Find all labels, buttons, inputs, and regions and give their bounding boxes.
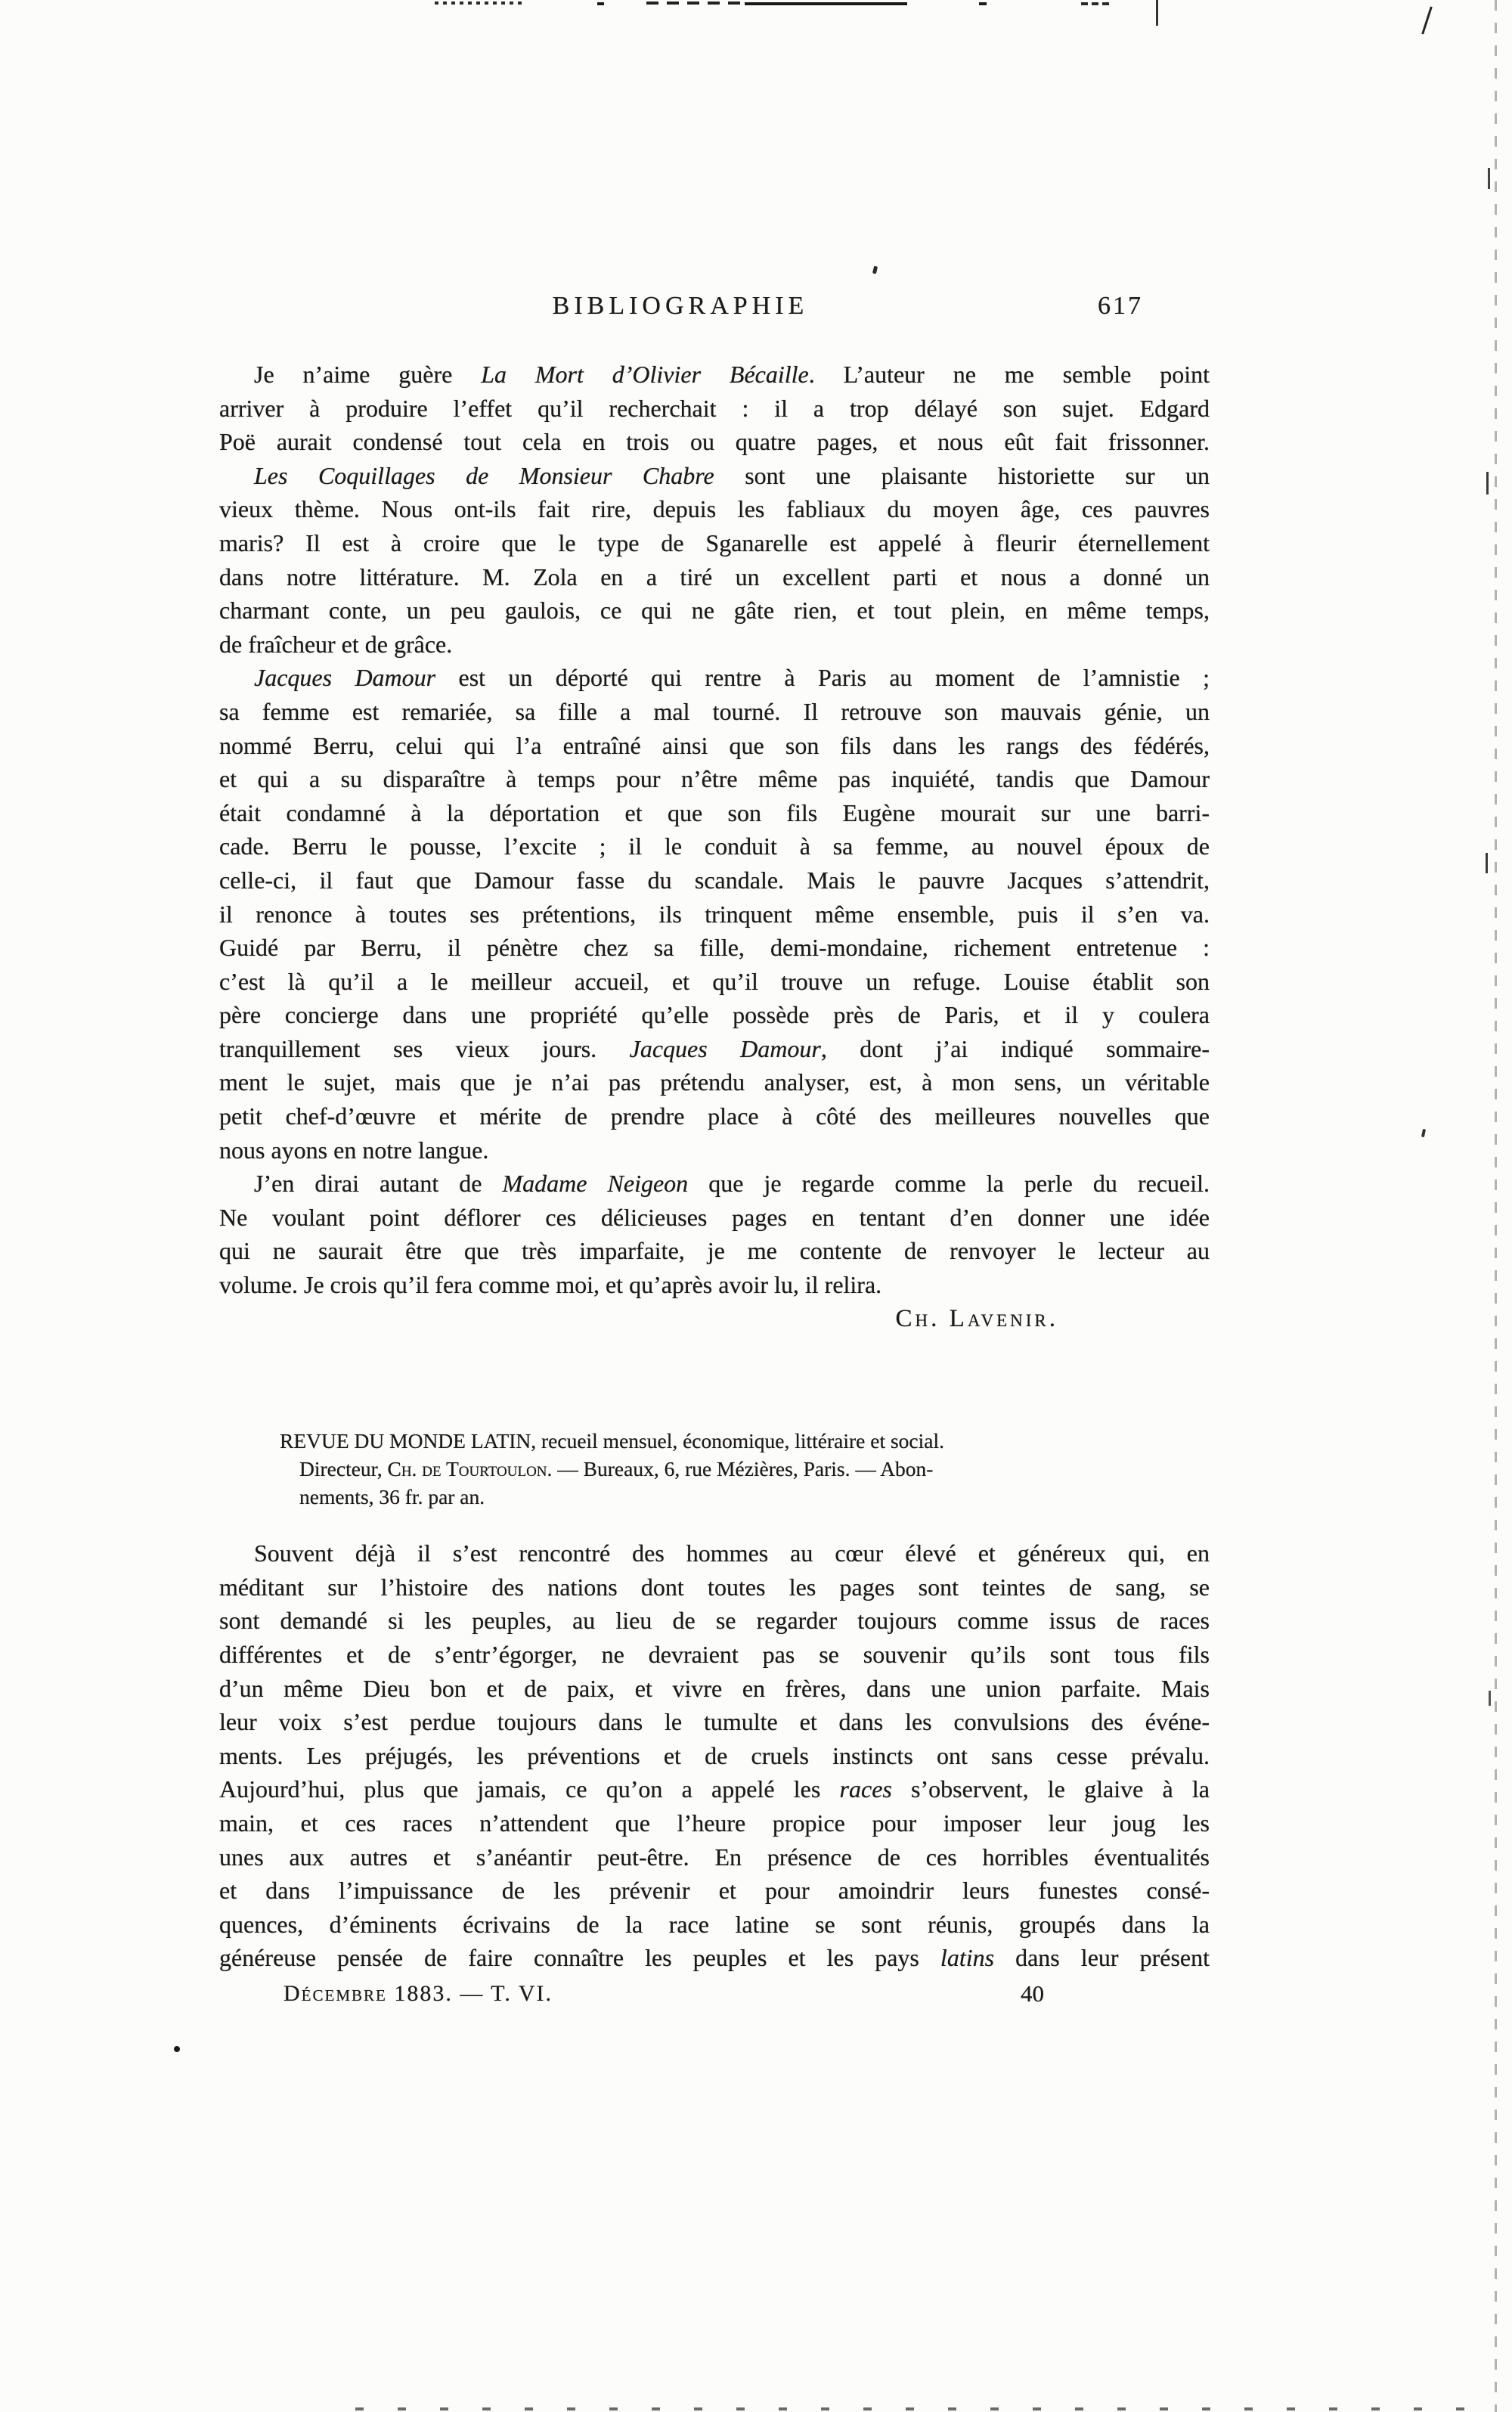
text-segment: nous ayons en notre langue. [219,1136,488,1164]
footer-signature-number: 40 [1021,1978,1044,2010]
text-line: nommé Berru, celui qui l’a entraîné ains… [219,729,1210,763]
text-line: Je n’aime guère La Mort d’Olivier Bécail… [219,358,1210,392]
scan-artifact-right-mark [1486,853,1488,873]
paragraph-coquillages-chabre: Les Coquillages de Monsieur Chabre sont … [219,459,1210,662]
scanned-book-page: BIBLIOGRAPHIE 617 Je n’aime guère La Mor… [0,0,1512,2412]
page-footer: Décembre 1883. — T. VI. 40 [219,1978,1210,2011]
text-line: Aujourd’hui, plus que jamais, ce qu’on a… [219,1772,1210,1806]
italic-title-text: races [840,1775,892,1803]
reviewer-signature: Ch. Lavenir. [219,1302,1210,1336]
text-segment: leur voix s’est perdue toujours dans le … [219,1708,1210,1735]
scan-artifact-top-dash [1081,2,1110,5]
text-segment: petit chef-d’œuvre et mérite de prendre … [219,1102,1210,1130]
text-segment: sa femme est remariée, sa fille a mal to… [219,698,1210,725]
text-line: Poë aurait condensé tout cela en trois o… [219,425,1210,459]
smallcaps-text: Ch. de Tourtoulon [387,1457,547,1480]
text-segment: dans notre littérature. M. Zola en a tir… [219,563,1210,591]
text-column: BIBLIOGRAPHIE 617 Je n’aime guère La Mor… [219,290,1210,2011]
text-segment: Poë aurait condensé tout cela en trois o… [219,428,1210,455]
text-line: méditant sur l’histoire des nations dont… [219,1570,1210,1604]
text-segment: et dans l’impuissance de les prévenir et… [219,1877,1210,1904]
text-line: ments. Les préjugés, les préventions et … [219,1739,1210,1773]
text-line: dans notre littérature. M. Zola en a tir… [219,560,1210,594]
text-line: arriver à produire l’effet qu’il recherc… [219,392,1210,426]
italic-title-text: Madame Neigeon [503,1170,689,1197]
text-line: vieux thème. Nous ont-ils fait rire, dep… [219,492,1210,526]
review-body-text: Je n’aime guère La Mort d’Olivier Bécail… [219,358,1210,1302]
text-segment: méditant sur l’histoire des nations dont… [219,1573,1210,1601]
text-segment: tranquillement ses vieux jours. [219,1035,630,1062]
text-segment: c’est là qu’il a le meilleur accueil, et… [219,968,1210,995]
text-segment: était condamné à la déportation et que s… [219,799,1210,826]
scan-artifact-top-dot [597,2,604,5]
scan-artifact-right-mark [1486,472,1489,494]
text-line: qui ne saurait être que très imparfaite,… [219,1234,1210,1268]
text-segment: de fraîcheur et de grâce. [219,631,452,658]
text-line: sa femme est remariée, sa fille a mal to… [219,695,1210,729]
text-line: d’un même Dieu bon et de paix, et vivre … [219,1672,1210,1706]
article-body-text: Souvent déjà il s’est rencontré des homm… [219,1536,1210,1975]
text-line: charmant conte, un peu gaulois, ce qui n… [219,594,1210,628]
text-segment: que je regarde comme la perle du recueil… [688,1170,1210,1197]
text-segment: celle-ci, il faut que Damour fasse du sc… [219,867,1210,894]
italic-title-text: latins [940,1944,994,1971]
text-segment: nommé Berru, celui qui l’a entraîné ains… [219,732,1210,759]
footer-volume-info: Décembre 1883. — T. VI. [283,1978,553,2010]
page-number: 617 [1098,290,1143,323]
text-line: et dans l’impuissance de les prévenir et… [219,1874,1210,1908]
text-segment: . — Bureaux, 6, rue Mézières, Paris. — A… [547,1457,934,1480]
text-segment: Ne voulant point déflorer ces délicieuse… [219,1204,1210,1231]
paragraph-olivier-becaille: Je n’aime guère La Mort d’Olivier Bécail… [219,358,1210,459]
italic-title-text: Jacques Damour [254,664,435,691]
text-line: différentes et de s’entr’égorger, ne dev… [219,1638,1210,1672]
notice-line: nements, 36 fr. par an. [280,1483,1111,1511]
notice-line: Directeur, Ch. de Tourtoulon. — Bureaux,… [280,1455,1111,1483]
scan-artifact-speck [1421,1129,1426,1138]
text-segment: différentes et de s’entr’égorger, ne dev… [219,1641,1210,1668]
scan-artifact-speck [872,266,878,274]
text-line: généreuse pensée de faire connaître les … [219,1941,1210,1975]
text-segment: Souvent déjà il s’est rencontré des homm… [254,1539,1210,1567]
text-segment: arriver à produire l’effet qu’il recherc… [219,395,1210,422]
italic-title-text: La Mort d’Olivier Bécaille [481,361,809,388]
scan-artifact-top-tick [1156,0,1158,26]
scan-artifact-ink-dot [174,2046,180,2052]
text-segment: unes aux autres et s’anéantir peut-être.… [219,1843,1210,1871]
scan-artifact-top-dashed-line [646,2,745,5]
text-line: Jacques Damour est un déporté qui rentre… [219,661,1210,695]
text-line: Guidé par Berru, il pénètre chez sa fill… [219,931,1210,965]
text-segment: et qui a su disparaître à temps pour n’ê… [219,765,1210,792]
scan-artifact-top-dotted-line [435,2,525,5]
paragraph-jacques-damour: Jacques Damour est un déporté qui rentre… [219,661,1210,1167]
revue-du-monde-latin-notice: REVUE DU MONDE LATIN, recueil mensuel, é… [280,1427,1111,1511]
italic-title-text: Les Coquillages de Monsieur Chabre [254,462,714,489]
scan-artifact-right-edge-line [1495,0,1497,2412]
text-line: petit chef-d’œuvre et mérite de prendre … [219,1099,1210,1133]
scan-artifact-bottom-dashed-line [355,2407,1474,2410]
page-header: BIBLIOGRAPHIE 617 [219,290,1210,323]
text-segment: quences, d’éminents écrivains de la race… [219,1911,1210,1938]
text-segment: s’observent, le glaive à la [892,1775,1210,1803]
text-line: de fraîcheur et de grâce. [219,628,1210,662]
text-segment: d’un même Dieu bon et de paix, et vivre … [219,1675,1210,1702]
text-line: Les Coquillages de Monsieur Chabre sont … [219,459,1210,493]
text-line: maris? Il est à croire que le type de Sg… [219,526,1210,560]
text-line: volume. Je crois qu’il fera comme moi, e… [219,1268,1210,1302]
text-line: il renonce à toutes ses prétentions, ils… [219,898,1210,932]
text-line: nous ayons en notre langue. [219,1133,1210,1167]
paragraph-souvent-deja: Souvent déjà il s’est rencontré des homm… [219,1536,1210,1975]
text-segment: Directeur, [299,1457,387,1480]
text-segment: sont une plaisante historiette sur un [714,462,1210,489]
text-line: ment le sujet, mais que je n’ai pas prét… [219,1065,1210,1099]
text-segment: est un déporté qui rentre à Paris au mom… [435,664,1210,691]
scan-artifact-right-mark [1488,168,1490,189]
text-segment: père concierge dans une propriété qu’ell… [219,1001,1210,1028]
text-segment: charmant conte, un peu gaulois, ce qui n… [219,597,1210,624]
scan-artifact-right-mark [1489,1691,1491,1706]
text-line: Souvent déjà il s’est rencontré des homm… [219,1536,1210,1570]
text-segment: volume. Je crois qu’il fera comme moi, e… [219,1271,881,1298]
notice-line: REVUE DU MONDE LATIN, recueil mensuel, é… [280,1427,1111,1455]
text-segment: sont demandé si les peuples, au lieu de … [219,1607,1210,1634]
page-title: BIBLIOGRAPHIE [185,290,1176,323]
text-segment: Aujourd’hui, plus que jamais, ce qu’on a… [219,1775,840,1803]
text-line: main, et ces races n’attendent que l’heu… [219,1806,1210,1840]
text-line: celle-ci, il faut que Damour fasse du sc… [219,863,1210,898]
italic-title-text: Jacques Damour [630,1035,821,1062]
text-segment: nements, 36 fr. par an. [299,1485,485,1508]
text-segment: Guidé par Berru, il pénètre chez sa fill… [219,934,1210,961]
text-line: et qui a su disparaître à temps pour n’ê… [219,762,1210,796]
text-line: unes aux autres et s’anéantir peut-être.… [219,1840,1210,1874]
text-segment: Je n’aime guère [254,361,481,388]
text-segment: cade. Berru le pousse, l’excite ; il le … [219,832,1210,860]
text-line: c’est là qu’il a le meilleur accueil, et… [219,965,1210,999]
scan-artifact-top-dot [979,2,987,5]
text-line: leur voix s’est perdue toujours dans le … [219,1705,1210,1739]
text-segment: qui ne saurait être que très imparfaite,… [219,1237,1210,1264]
scan-artifact-top-slash [1421,6,1433,34]
text-line: était condamné à la déportation et que s… [219,796,1210,830]
text-line: père concierge dans une propriété qu’ell… [219,998,1210,1032]
text-segment: vieux thème. Nous ont-ils fait rire, dep… [219,495,1210,522]
scan-artifact-top-solid-line [745,2,907,5]
text-segment: il renonce à toutes ses prétentions, ils… [219,901,1210,928]
text-segment: ments. Les préjugés, les préventions et … [219,1742,1210,1769]
text-segment: . L’auteur ne me semble point [809,361,1210,388]
text-segment: maris? Il est à croire que le type de Sg… [219,529,1210,556]
text-segment: , dont j’ai indiqué sommaire- [821,1035,1210,1062]
text-segment: main, et ces races n’attendent que l’heu… [219,1809,1210,1837]
text-segment: généreuse pensée de faire connaître les … [219,1944,940,1971]
text-line: cade. Berru le pousse, l’excite ; il le … [219,829,1210,863]
text-line: sont demandé si les peuples, au lieu de … [219,1604,1210,1638]
text-segment: ment le sujet, mais que je n’ai pas prét… [219,1068,1210,1096]
text-line: J’en dirai autant de Madame Neigeon que … [219,1167,1210,1201]
paragraph-madame-neigeon: J’en dirai autant de Madame Neigeon que … [219,1167,1210,1301]
text-segment: J’en dirai autant de [254,1170,503,1197]
text-line: tranquillement ses vieux jours. Jacques … [219,1032,1210,1066]
text-segment: REVUE DU MONDE LATIN, recueil mensuel, é… [280,1429,944,1452]
text-line: quences, d’éminents écrivains de la race… [219,1908,1210,1942]
text-line: Ne voulant point déflorer ces délicieuse… [219,1201,1210,1235]
text-segment: dans leur présent [994,1944,1210,1971]
